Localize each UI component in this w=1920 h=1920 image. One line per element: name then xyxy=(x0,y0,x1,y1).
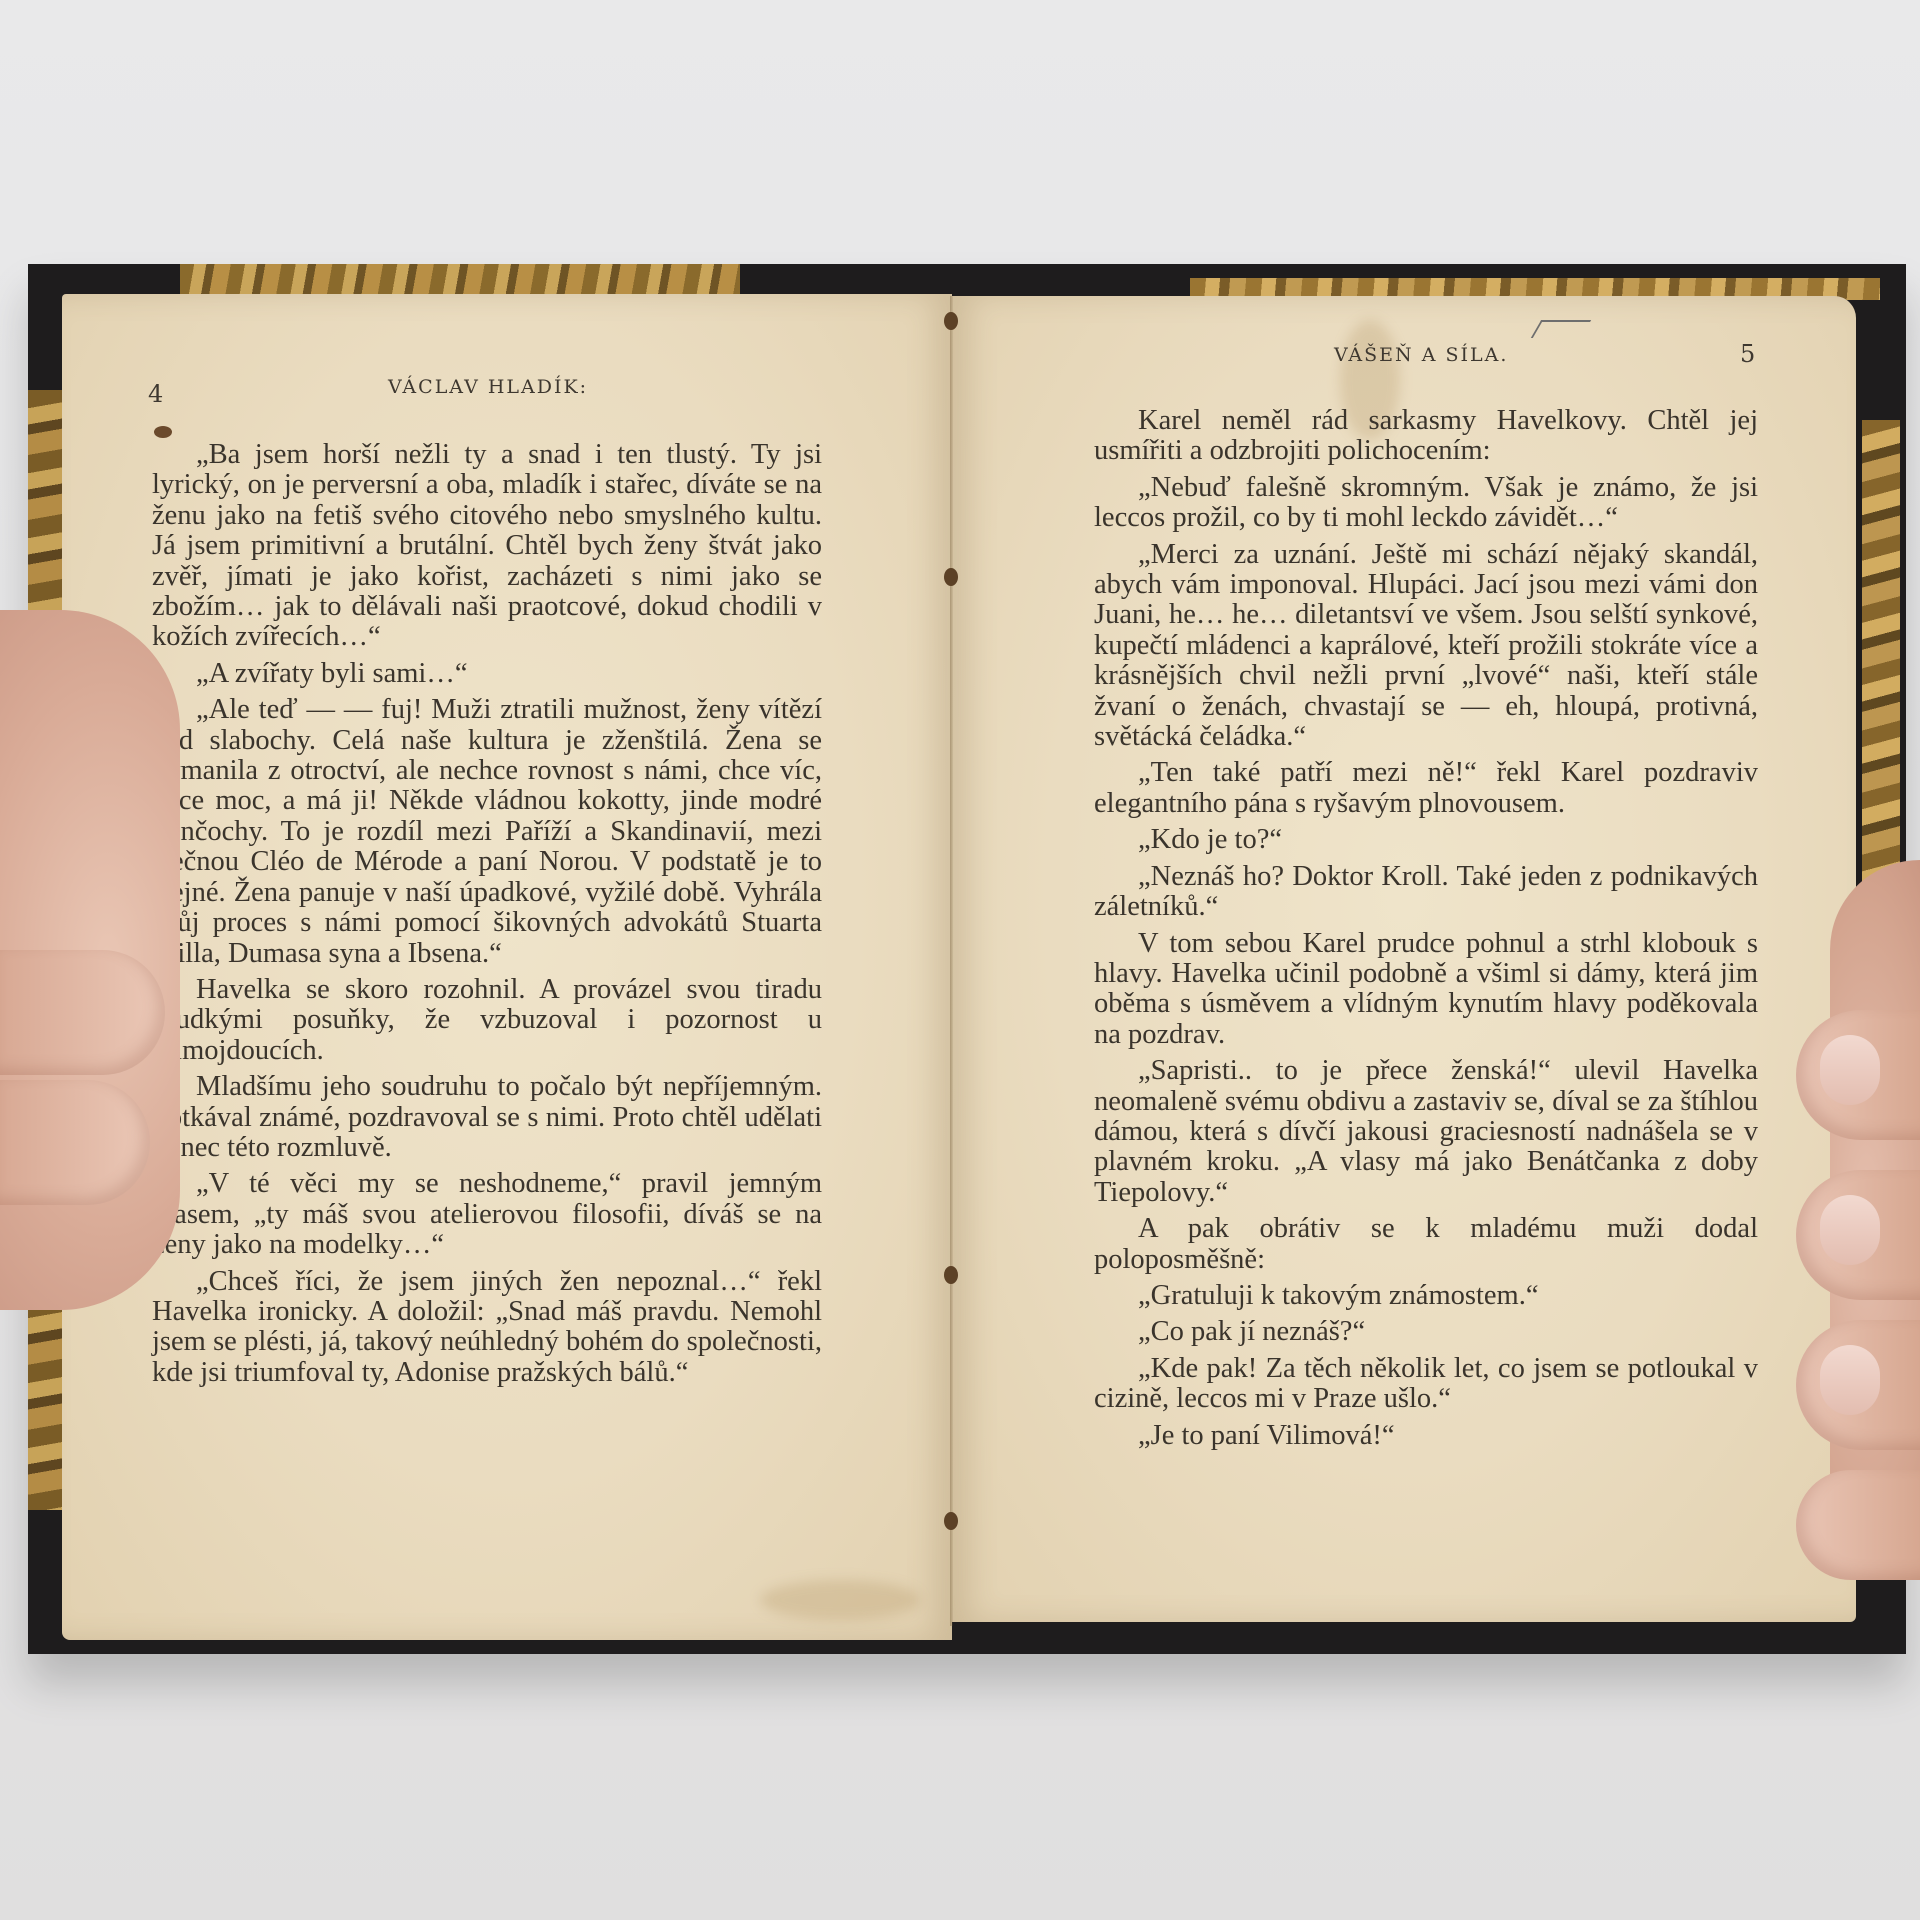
pencil-mark xyxy=(1531,320,1591,338)
right-page-text: Karel neměl rád sarkasmy Havelkovy. Chtě… xyxy=(1094,406,1758,1457)
running-head-right: VÁŠEŇ A SÍLA. xyxy=(1334,344,1508,366)
paragraph: „Nebuď falešně skromným. Však je známo, … xyxy=(1094,473,1758,534)
running-head-left: VÁCLAV HLADÍK: xyxy=(388,376,588,398)
binding-stitch xyxy=(944,568,958,586)
paragraph: „Kdo je to?“ xyxy=(1094,825,1758,855)
paragraph: Karel neměl rád sarkasmy Havelkovy. Chtě… xyxy=(1094,406,1758,467)
paragraph: „Gratuluji k takovým známostem.“ xyxy=(1094,1281,1758,1311)
binding-stitch xyxy=(944,312,958,330)
paragraph: „Sapristi.. to je přece ženská!“ ulevil … xyxy=(1094,1056,1758,1208)
paper-stain xyxy=(760,1580,920,1620)
paragraph: Mladšímu jeho soudruhu to počalo být nep… xyxy=(152,1072,822,1163)
paragraph: „Merci za uznání. Ještě mi schází nějaký… xyxy=(1094,540,1758,753)
paragraph: V tom sebou Karel prudce pohnul a strhl … xyxy=(1094,929,1758,1051)
page-number-right: 5 xyxy=(1740,340,1755,368)
paragraph: „Je to paní Vilimová!“ xyxy=(1094,1421,1758,1451)
paragraph: „Kde pak! Za těch několik let, co jsem s… xyxy=(1094,1354,1758,1415)
paragraph: „Ba jsem horší nežli ty a snad i ten tlu… xyxy=(152,440,822,653)
fingernail xyxy=(1820,1345,1880,1415)
binding-stitch xyxy=(944,1266,958,1284)
left-finger xyxy=(0,1080,150,1205)
fingernail xyxy=(1820,1035,1880,1105)
paragraph: „Chceš říci, že jsem jiných žen nepoznal… xyxy=(152,1267,822,1389)
paragraph: Havelka se skoro rozohnil. A provázel sv… xyxy=(152,975,822,1066)
paragraph: „Co pak jí neznáš?“ xyxy=(1094,1317,1758,1347)
paragraph: „Ten také patří mezi ně!“ řekl Karel poz… xyxy=(1094,758,1758,819)
paragraph: „Ale teď — — fuj! Muži ztratili mužnost,… xyxy=(152,695,822,969)
photo-scene: 4 VÁCLAV HLADÍK: „Ba jsem horší nežli ty… xyxy=(0,0,1920,1920)
page-number-left: 4 xyxy=(148,380,163,408)
paragraph: „V té věci my se neshodneme,“ pravil jem… xyxy=(152,1169,822,1260)
left-page-text: „Ba jsem horší nežli ty a snad i ten tlu… xyxy=(152,440,822,1394)
fingernail xyxy=(1820,1195,1880,1265)
paragraph: „Neznáš ho? Doktor Kroll. Také jeden z p… xyxy=(1094,862,1758,923)
marbled-board-top-left xyxy=(180,264,740,294)
ink-spot xyxy=(154,426,172,438)
paragraph: „A zvířaty byli sami…“ xyxy=(152,659,822,689)
binding-stitch xyxy=(944,1512,958,1530)
book-gutter xyxy=(950,296,953,1626)
right-finger xyxy=(1796,1470,1920,1580)
paragraph: A pak obrátiv se k mladému muži dodal po… xyxy=(1094,1214,1758,1275)
left-thumb xyxy=(0,950,165,1075)
